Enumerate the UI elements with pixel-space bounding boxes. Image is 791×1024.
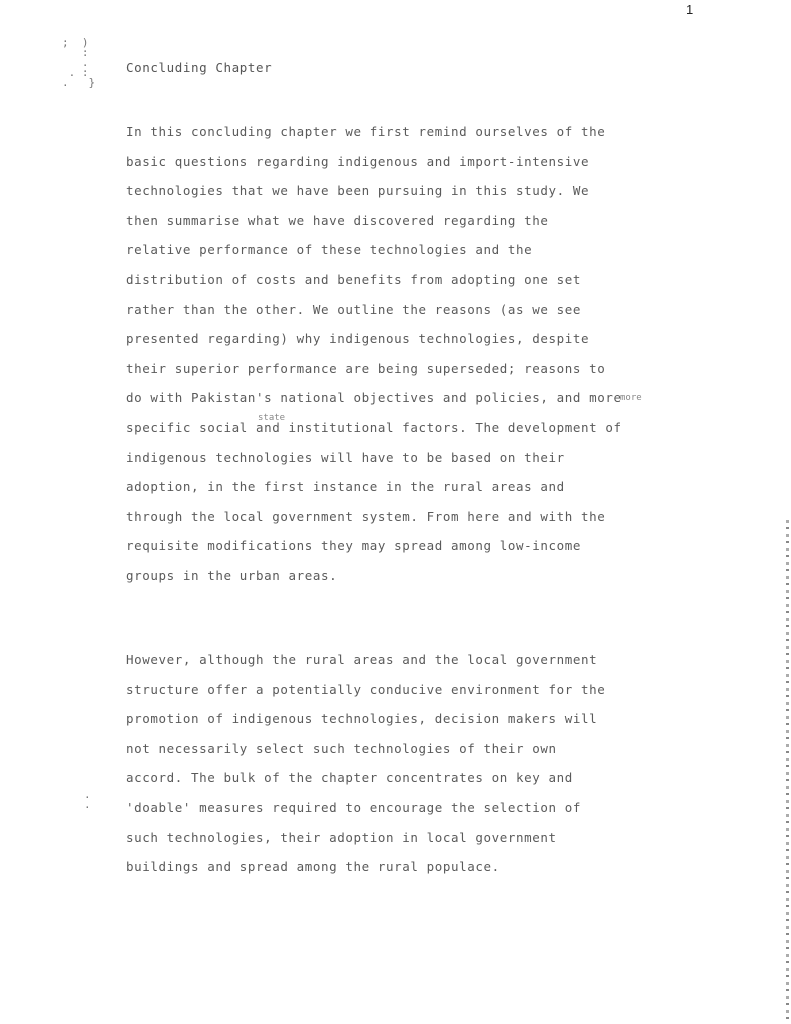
paragraph-1: In this concluding chapter we first remi… [126, 122, 696, 596]
text-line: promotion of indigenous technologies, de… [126, 709, 696, 739]
text-line: distribution of costs and benefits from … [126, 270, 696, 300]
text-line: presented regarding) why indigenous tech… [126, 329, 696, 359]
text-line: such technologies, their adoption in loc… [126, 828, 696, 858]
text-line: not necessarily select such technologies… [126, 739, 696, 769]
text-line: technologies that we have been pursuing … [126, 181, 696, 211]
text-line: basic questions regarding indigenous and… [126, 152, 696, 182]
text-line: accord. The bulk of the chapter concentr… [126, 768, 696, 798]
text-line: buildings and spread among the rural pop… [126, 857, 696, 887]
text-line: However, although the rural areas and th… [126, 650, 696, 680]
handwritten-annotation: more [620, 393, 642, 403]
handwritten-annotation: state [258, 413, 285, 423]
text-line: adoption, in the first instance in the r… [126, 477, 696, 507]
text-line: requisite modifications they may spread … [126, 536, 696, 566]
text-line: relative performance of these technologi… [126, 240, 696, 270]
text-line: indigenous technologies will have to be … [126, 448, 696, 478]
scan-edge-artifact [786, 520, 789, 1020]
margin-scribble-marks: ; ) : . . :. } [62, 38, 95, 88]
text-line: 'doable' measures required to encourage … [126, 798, 696, 828]
page-number: 1 [686, 2, 693, 17]
text-line: their superior performance are being sup… [126, 359, 696, 389]
margin-dot-marks: .. [84, 790, 91, 810]
text-line: In this concluding chapter we first remi… [126, 122, 696, 152]
text-line: structure offer a potentially conducive … [126, 680, 696, 710]
text-line: do with Pakistan's national objectives a… [126, 388, 696, 418]
text-line: specific social and institutional factor… [126, 418, 696, 448]
text-line: through the local government system. Fro… [126, 507, 696, 537]
document-page: 1 ; ) : . . :. } .. Concluding Chapter I… [0, 0, 791, 1024]
paragraph-2: However, although the rural areas and th… [126, 650, 696, 887]
chapter-title: Concluding Chapter [126, 60, 272, 75]
text-line: groups in the urban areas. [126, 566, 696, 596]
text-line: rather than the other. We outline the re… [126, 300, 696, 330]
text-line: then summarise what we have discovered r… [126, 211, 696, 241]
